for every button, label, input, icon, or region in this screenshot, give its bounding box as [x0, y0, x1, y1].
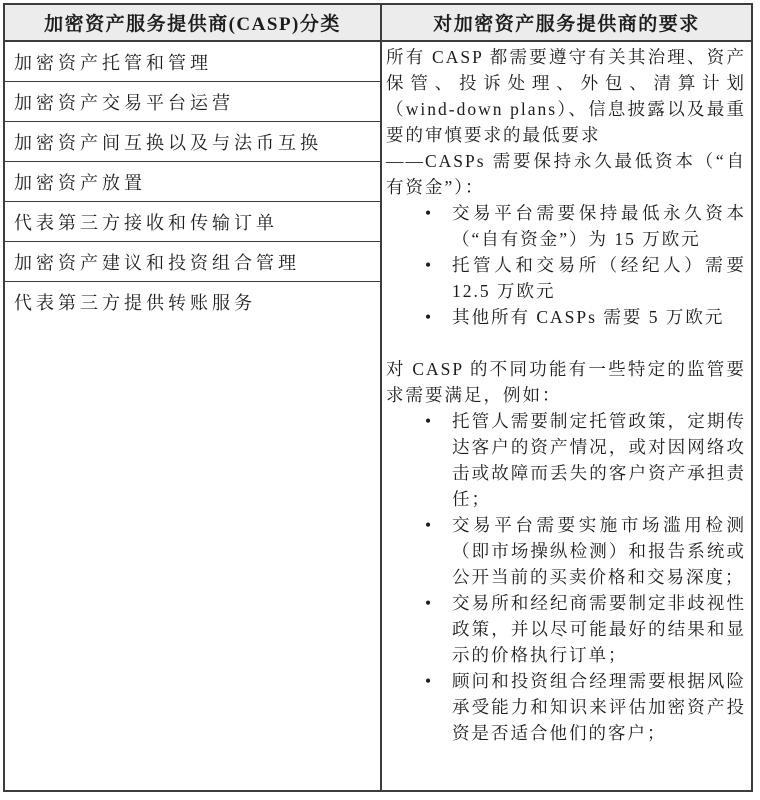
- capital-bullet-list: • 交易平台需要保持最低永久资本（“自有资金”）为 15 万欧元 • 托管人和交…: [386, 200, 746, 330]
- list-item: • 顾问和投资组合经理需要根据风险承受能力和知识来评估加密资产投资是否适合他们的…: [386, 668, 746, 746]
- capital-requirement-line: ——CASPs 需要保持永久最低资本（“自有资金”）：: [386, 148, 746, 200]
- list-item: • 托管人需要制定托管政策，定期传达客户的资产情况，或对因网络攻击或故障而丢失的…: [386, 408, 746, 512]
- function-bullet-custodians: 托管人需要制定托管政策，定期传达客户的资产情况，或对因网络攻击或故障而丢失的客户…: [452, 408, 746, 512]
- list-item: • 托管人和交易所（经纪人）需要 12.5 万欧元: [386, 252, 746, 304]
- casp-requirements-table: 加密资产服务提供商(CASP)分类 加密资产托管和管理 加密资产交易平台运营 加…: [3, 3, 753, 792]
- bullet-icon: •: [425, 304, 452, 330]
- bullet-icon: •: [425, 408, 452, 434]
- function-bullet-exchanges-brokers: 交易所和经纪商需要制定非歧视性政策，并以尽可能最好的结果和显示的价格执行订单；: [452, 590, 746, 668]
- function-bullet-list: • 托管人需要制定托管政策，定期传达客户的资产情况，或对因网络攻击或故障而丢失的…: [386, 408, 746, 746]
- paragraph-spacer: [386, 330, 746, 356]
- category-row-custody: 加密资产托管和管理: [5, 42, 380, 82]
- left-column-empty-area: [5, 322, 380, 790]
- functions-intro-text: 对 CASP 的不同功能有一些特定的监管要求需要满足，例如：: [386, 356, 746, 408]
- list-item: • 交易平台需要保持最低永久资本（“自有资金”）为 15 万欧元: [386, 200, 746, 252]
- category-row-transfer-services: 代表第三方提供转账服务: [5, 282, 380, 322]
- function-bullet-advisors-managers: 顾问和投资组合经理需要根据风险承受能力和知识来评估加密资产投资是否适合他们的客户…: [452, 668, 746, 746]
- bullet-icon: •: [425, 590, 452, 616]
- category-row-exchange: 加密资产间互换以及与法币互换: [5, 122, 380, 162]
- category-row-trading-platform: 加密资产交易平台运营: [5, 82, 380, 122]
- right-column-header: 对加密资产服务提供商的要求: [382, 5, 751, 42]
- list-item: • 交易平台需要实施市场滥用检测（即市场操纵检测）和报告系统或公开当前的买卖价格…: [386, 512, 746, 590]
- capital-bullet-other-casps: 其他所有 CASPs 需要 5 万欧元: [452, 304, 746, 330]
- capital-bullet-custodians-exchanges: 托管人和交易所（经纪人）需要 12.5 万欧元: [452, 252, 746, 304]
- category-row-order-transmission: 代表第三方接收和传输订单: [5, 202, 380, 242]
- list-item: • 其他所有 CASPs 需要 5 万欧元: [386, 304, 746, 330]
- bullet-icon: •: [425, 512, 452, 538]
- bullet-icon: •: [425, 200, 452, 226]
- bullet-icon: •: [425, 668, 452, 694]
- category-row-advice-portfolio: 加密资产建议和投资组合管理: [5, 242, 380, 282]
- casp-categories-column: 加密资产服务提供商(CASP)分类 加密资产托管和管理 加密资产交易平台运营 加…: [5, 5, 382, 790]
- category-row-placement: 加密资产放置: [5, 162, 380, 202]
- capital-bullet-trading-platform: 交易平台需要保持最低永久资本（“自有资金”）为 15 万欧元: [452, 200, 746, 252]
- left-column-header: 加密资产服务提供商(CASP)分类: [5, 5, 380, 42]
- function-bullet-trading-platforms: 交易平台需要实施市场滥用检测（即市场操纵检测）和报告系统或公开当前的买卖价格和交…: [452, 512, 746, 590]
- list-item: • 交易所和经纪商需要制定非歧视性政策，并以尽可能最好的结果和显示的价格执行订单…: [386, 590, 746, 668]
- requirements-intro-text: 所有 CASP 都需要遵守有关其治理、资产保管、投诉处理、外包、清算计划（win…: [386, 44, 746, 148]
- casp-requirements-column: 对加密资产服务提供商的要求 所有 CASP 都需要遵守有关其治理、资产保管、投诉…: [382, 5, 751, 790]
- bullet-icon: •: [425, 252, 452, 278]
- requirements-cell: 所有 CASP 都需要遵守有关其治理、资产保管、投诉处理、外包、清算计划（win…: [382, 42, 751, 790]
